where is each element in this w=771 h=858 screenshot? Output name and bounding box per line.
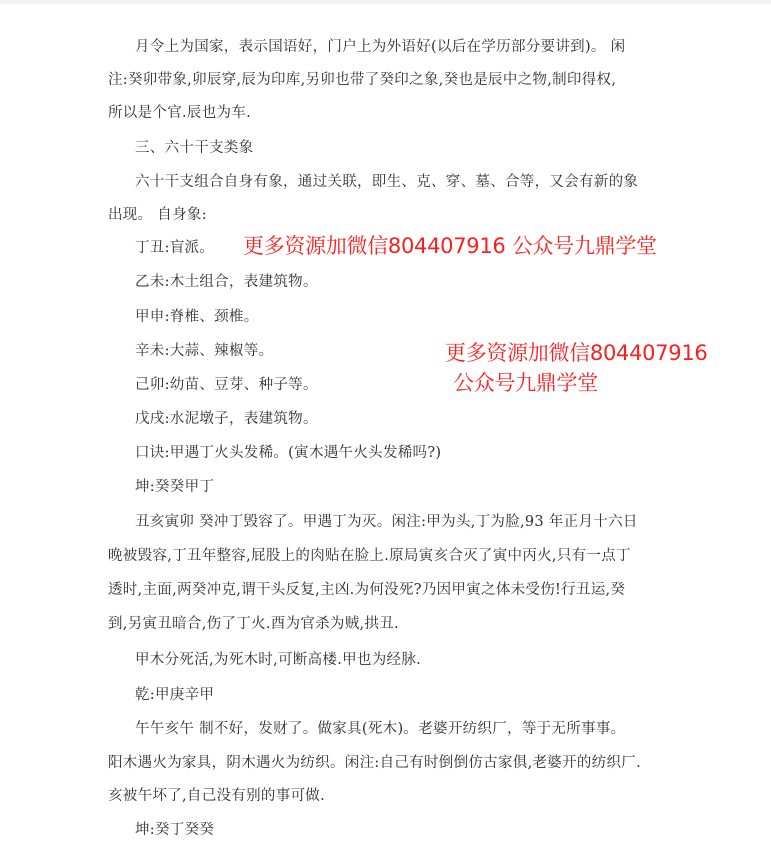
paragraph-line: 丑亥寅卯 癸冲丁毁容了。甲遇丁为灭。闲注:甲为头,丁为脸,93 年正月十六日 [135,512,638,532]
paragraph-line: 亥被午坏了,自己没有别的事可做. [108,786,325,806]
paragraph-line: 口诀:甲遇丁火头发稀。(寅木遇午火头发稀吗?) [135,443,441,463]
paragraph-line: 透时,主面,两癸冲克,谓干头反复,主凶.为何没死?乃因甲寅之体未受伤!行丑运,癸 [108,580,625,600]
list-item: 丁丑:盲派。 [135,238,214,258]
chart-label: 乾:甲庚辛甲 [135,685,214,705]
chart-label: 坤:癸丁癸癸 [135,820,214,840]
paragraph-line: 注:癸卯带象,卯辰穿,辰为印库,另卯也带了癸印之象,癸也是辰中之物,制印得权, [108,70,616,90]
list-item: 戊戌:水泥墩子，表建筑物。 [135,409,318,429]
paragraph-line: 甲木分死活,为死木时,可断高楼.甲也为经脉. [135,650,421,670]
page-top-border [0,0,771,4]
paragraph-line: 出现。 自身象: [108,205,207,225]
paragraph-line: 六十干支组合自身有象，通过关联，即生、克、穿、墓、合等，又会有新的象 [135,172,638,192]
paragraph-line: 午午亥午 制不好，发财了。做家具(死木)。老婆开纺织厂，等于无所事事。 [135,719,625,739]
list-item: 甲申:脊椎、颈椎。 [135,307,259,327]
paragraph-line: 所以是个官.辰也为车. [108,103,251,123]
list-item: 乙未:木土组合，表建筑物。 [135,272,318,292]
section-heading: 三、六十干支类象 [135,138,253,158]
watermark-block-line2: 公众号九鼎学堂 [453,370,598,396]
list-item: 己卯:幼苗、豆芽、种子等。 [135,375,318,395]
paragraph-line: 晚被毁容,丁丑年整容,屁股上的肉贴在脸上.原局寅亥合灭了寅中丙火,只有一点丁 [108,546,631,566]
list-item: 辛未:大蒜、辣椒等。 [135,341,273,361]
paragraph-line: 月令上为国家，表示国语好，门户上为外语好(以后在学历部分要讲到)。 闲 [135,37,625,57]
chart-label: 坤:癸癸甲丁 [135,477,214,497]
paragraph-line: 阳木遇火为家具，阴木遇火为纺织。闲注:自己有时倒倒仿古家俱,老婆开的纺织厂. [108,753,641,773]
watermark-inline: 更多资源加微信804407916 公众号九鼎学堂 [243,233,657,259]
watermark-block-line1: 更多资源加微信804407916 [445,340,707,366]
paragraph-line: 到,另寅丑暗合,伤了丁火.酉为官杀为贼,拱丑. [108,614,399,634]
